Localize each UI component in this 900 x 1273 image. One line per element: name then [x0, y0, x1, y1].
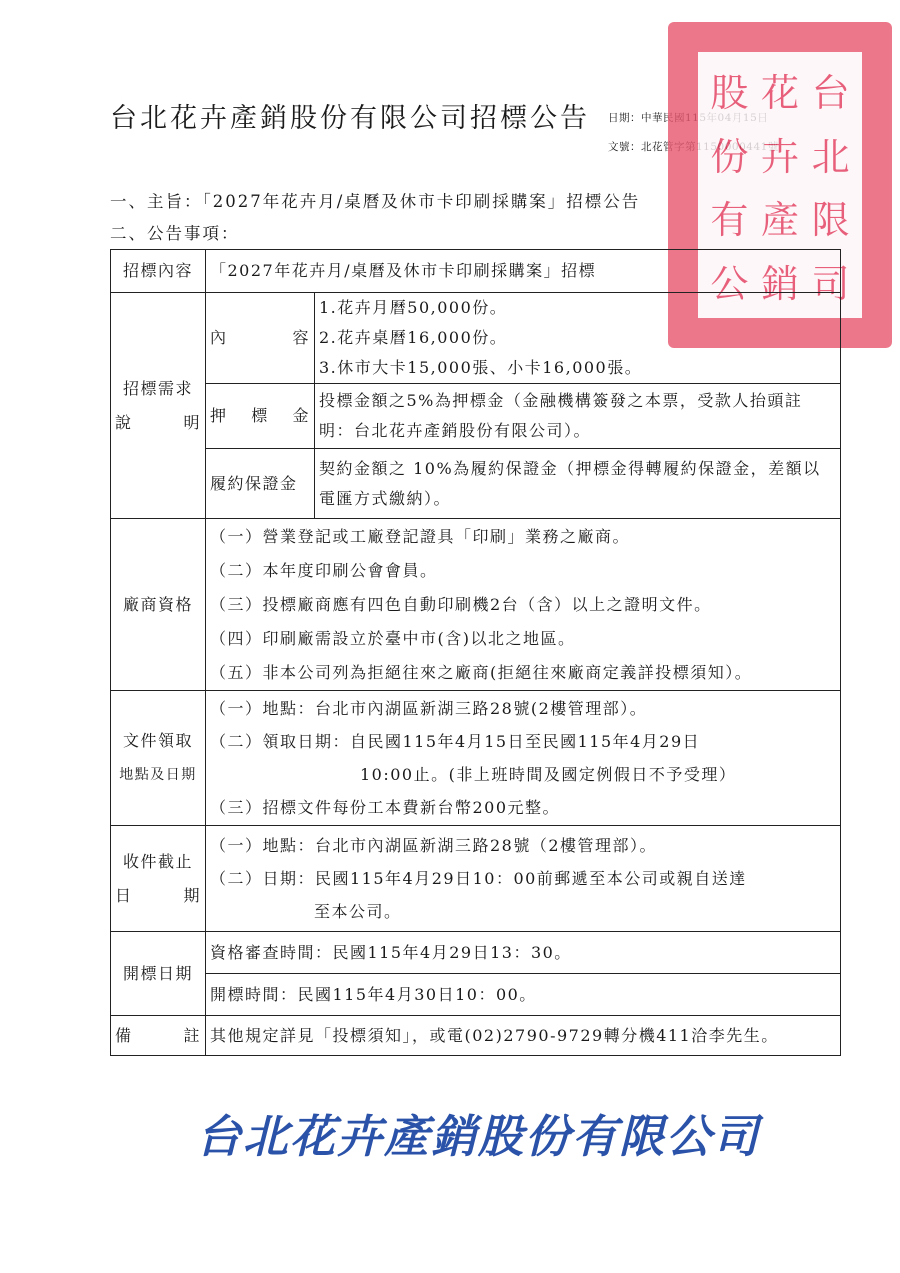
label-char: 押 [210, 401, 228, 431]
row-submission-deadline: 收件截止 日 期 （一）地點：台北市內湖區新湖三路28號（2樓管理部）。 （二）… [111, 826, 841, 932]
label-performance-bond: 履約保證金 [206, 449, 315, 519]
label-char: 說 [115, 406, 133, 440]
row-qualification-review: 開標日期 資格審查時間：民國115年4月29日13：30。 [111, 932, 841, 974]
label-content: 內 容 [206, 293, 315, 384]
value-document-pickup: （一）地點：台北市內湖區新湖三路28號(2樓管理部）。 （二）領取日期：自民國1… [206, 691, 841, 826]
seal-glyph: 卉 [757, 124, 804, 184]
seal-glyph: 股 [706, 60, 753, 120]
value-vendor-qualification: （一）營業登記或工廠登記證具「印刷」業務之廠商。 （二）本年度印刷公會會員。 （… [206, 519, 841, 691]
row-performance-bond: 履約保證金 契約金額之 10%為履約保證金（押標金得轉履約保證金，差額以電匯方式… [111, 449, 841, 519]
value-tender-content: 「2027年花卉月/桌曆及休市卡印刷採購案」招標 [206, 250, 841, 293]
label-tender-content: 招標內容 [111, 250, 206, 293]
seal-glyph: 花 [757, 60, 804, 120]
row-opening-time: 開標時間：民國115年4月30日10：00。 [111, 974, 841, 1016]
label-char: 內 [210, 323, 228, 353]
label-char: 明 [183, 406, 201, 440]
value-remarks: 其他規定詳見「投標須知」，或電(02)2790-9729轉分機411洽李先生。 [206, 1016, 841, 1056]
label-remarks: 備 註 [111, 1016, 206, 1056]
row-vendor-qualification: 廠商資格 （一）營業登記或工廠登記證具「印刷」業務之廠商。 （二）本年度印刷公會… [111, 519, 841, 691]
label-submission-line1: 收件截止 [115, 845, 201, 879]
items-heading: 二、公告事項： [110, 220, 240, 244]
subject-line: 一、主旨：「2027年花卉月/桌曆及休市卡印刷採購案」招標公告 [110, 188, 640, 212]
value-opening-time: 開標時間：民國115年4月30日10：00。 [206, 974, 841, 1016]
content-item: 3.休市大卡15,000張、小卡16,000張。 [319, 353, 836, 383]
label-opening-date: 開標日期 [111, 932, 206, 1016]
label-document-pickup-line1: 文件領取 [115, 724, 201, 758]
value-submission-deadline: （一）地點：台北市內湖區新湖三路28號（2樓管理部）。 （二）日期：民國115年… [206, 826, 841, 932]
qualification-item: （二）本年度印刷公會會員。 [210, 554, 836, 588]
label-document-pickup: 文件領取 地點及日期 [111, 691, 206, 826]
content-item: 1.花卉月曆50,000份。 [319, 293, 836, 323]
value-bid-bond: 投標金額之5%為押標金（金融機構簽發之本票，受款人抬頭註明：台北花卉產銷股份有限… [315, 384, 841, 449]
label-submission-deadline: 收件截止 日 期 [111, 826, 206, 932]
label-char: 備 [115, 1021, 133, 1051]
row-tender-content: 招標內容 「2027年花卉月/桌曆及休市卡印刷採購案」招標 [111, 250, 841, 293]
pickup-item-continued: 10:00止。(非上班時間及國定例假日不予受理） [210, 758, 836, 791]
value-performance-bond: 契約金額之 10%為履約保證金（押標金得轉履約保證金，差額以電匯方式繳納）。 [315, 449, 841, 519]
seal-glyph: 產 [757, 187, 804, 247]
submission-item: （一）地點：台北市內湖區新湖三路28號（2樓管理部）。 [210, 829, 836, 862]
label-requirements-line1: 招標需求 [115, 372, 201, 406]
qualification-item: （四）印刷廠需設立於臺中市(含)以北之地區。 [210, 622, 836, 656]
qualification-item: （五）非本公司列為拒絕往來之廠商(拒絕往來廠商定義詳投標須知）。 [210, 656, 836, 690]
label-char: 容 [292, 323, 310, 353]
tender-notice-table: 招標內容 「2027年花卉月/桌曆及休市卡印刷採購案」招標 招標需求 說 明 內… [110, 249, 841, 1056]
seal-glyph: 有 [706, 187, 753, 247]
pickup-item: （一）地點：台北市內湖區新湖三路28號(2樓管理部）。 [210, 692, 836, 725]
page-title: 台北花卉產銷股份有限公司招標公告 [110, 96, 590, 135]
label-char: 金 [292, 401, 310, 431]
row-requirements-content: 招標需求 說 明 內 容 1.花卉月曆50,000份。 2.花卉桌曆16,000… [111, 293, 841, 384]
pickup-item: （三）招標文件每份工本費新台幣200元整。 [210, 791, 836, 824]
pickup-item: （二）領取日期：自民國115年4月15日至民國115年4月29日 [210, 725, 836, 758]
label-requirements-line2: 說 明 [115, 406, 201, 440]
value-qualification-review: 資格審查時間：民國115年4月29日13：30。 [206, 932, 841, 974]
seal-glyph: 北 [807, 124, 854, 184]
qualification-item: （一）營業登記或工廠登記證具「印刷」業務之廠商。 [210, 520, 836, 554]
row-remarks: 備 註 其他規定詳見「投標須知」，或電(02)2790-9729轉分機411洽李… [111, 1016, 841, 1056]
row-document-pickup: 文件領取 地點及日期 （一）地點：台北市內湖區新湖三路28號(2樓管理部）。 （… [111, 691, 841, 826]
content-item: 2.花卉桌曆16,000份。 [319, 323, 836, 353]
value-content: 1.花卉月曆50,000份。 2.花卉桌曆16,000份。 3.休市大卡15,0… [315, 293, 841, 384]
label-vendor-qualification: 廠商資格 [111, 519, 206, 691]
seal-glyph: 份 [706, 124, 753, 184]
qualification-item: （三）投標廠商應有四色自動印刷機2台（含）以上之證明文件。 [210, 588, 836, 622]
submission-item: （二）日期：民國115年4月29日10：00前郵遞至本公司或親自送達 [210, 862, 836, 895]
label-bid-bond: 押 標 金 [206, 384, 315, 449]
seal-glyph: 限 [807, 187, 854, 247]
label-char: 期 [183, 879, 201, 913]
row-bid-bond: 押 標 金 投標金額之5%為押標金（金融機構簽發之本票，受款人抬頭註明：台北花卉… [111, 384, 841, 449]
label-document-pickup-line2: 地點及日期 [115, 758, 201, 792]
label-char: 標 [251, 401, 269, 431]
label-requirements: 招標需求 說 明 [111, 293, 206, 519]
submission-item-continued: 至本公司。 [210, 895, 836, 928]
seal-glyph: 台 [807, 60, 854, 120]
label-char: 日 [115, 879, 133, 913]
label-char: 註 [183, 1021, 201, 1051]
label-submission-line2: 日 期 [115, 879, 201, 913]
company-signature: 台北花卉產銷股份有限公司 [196, 1100, 760, 1165]
